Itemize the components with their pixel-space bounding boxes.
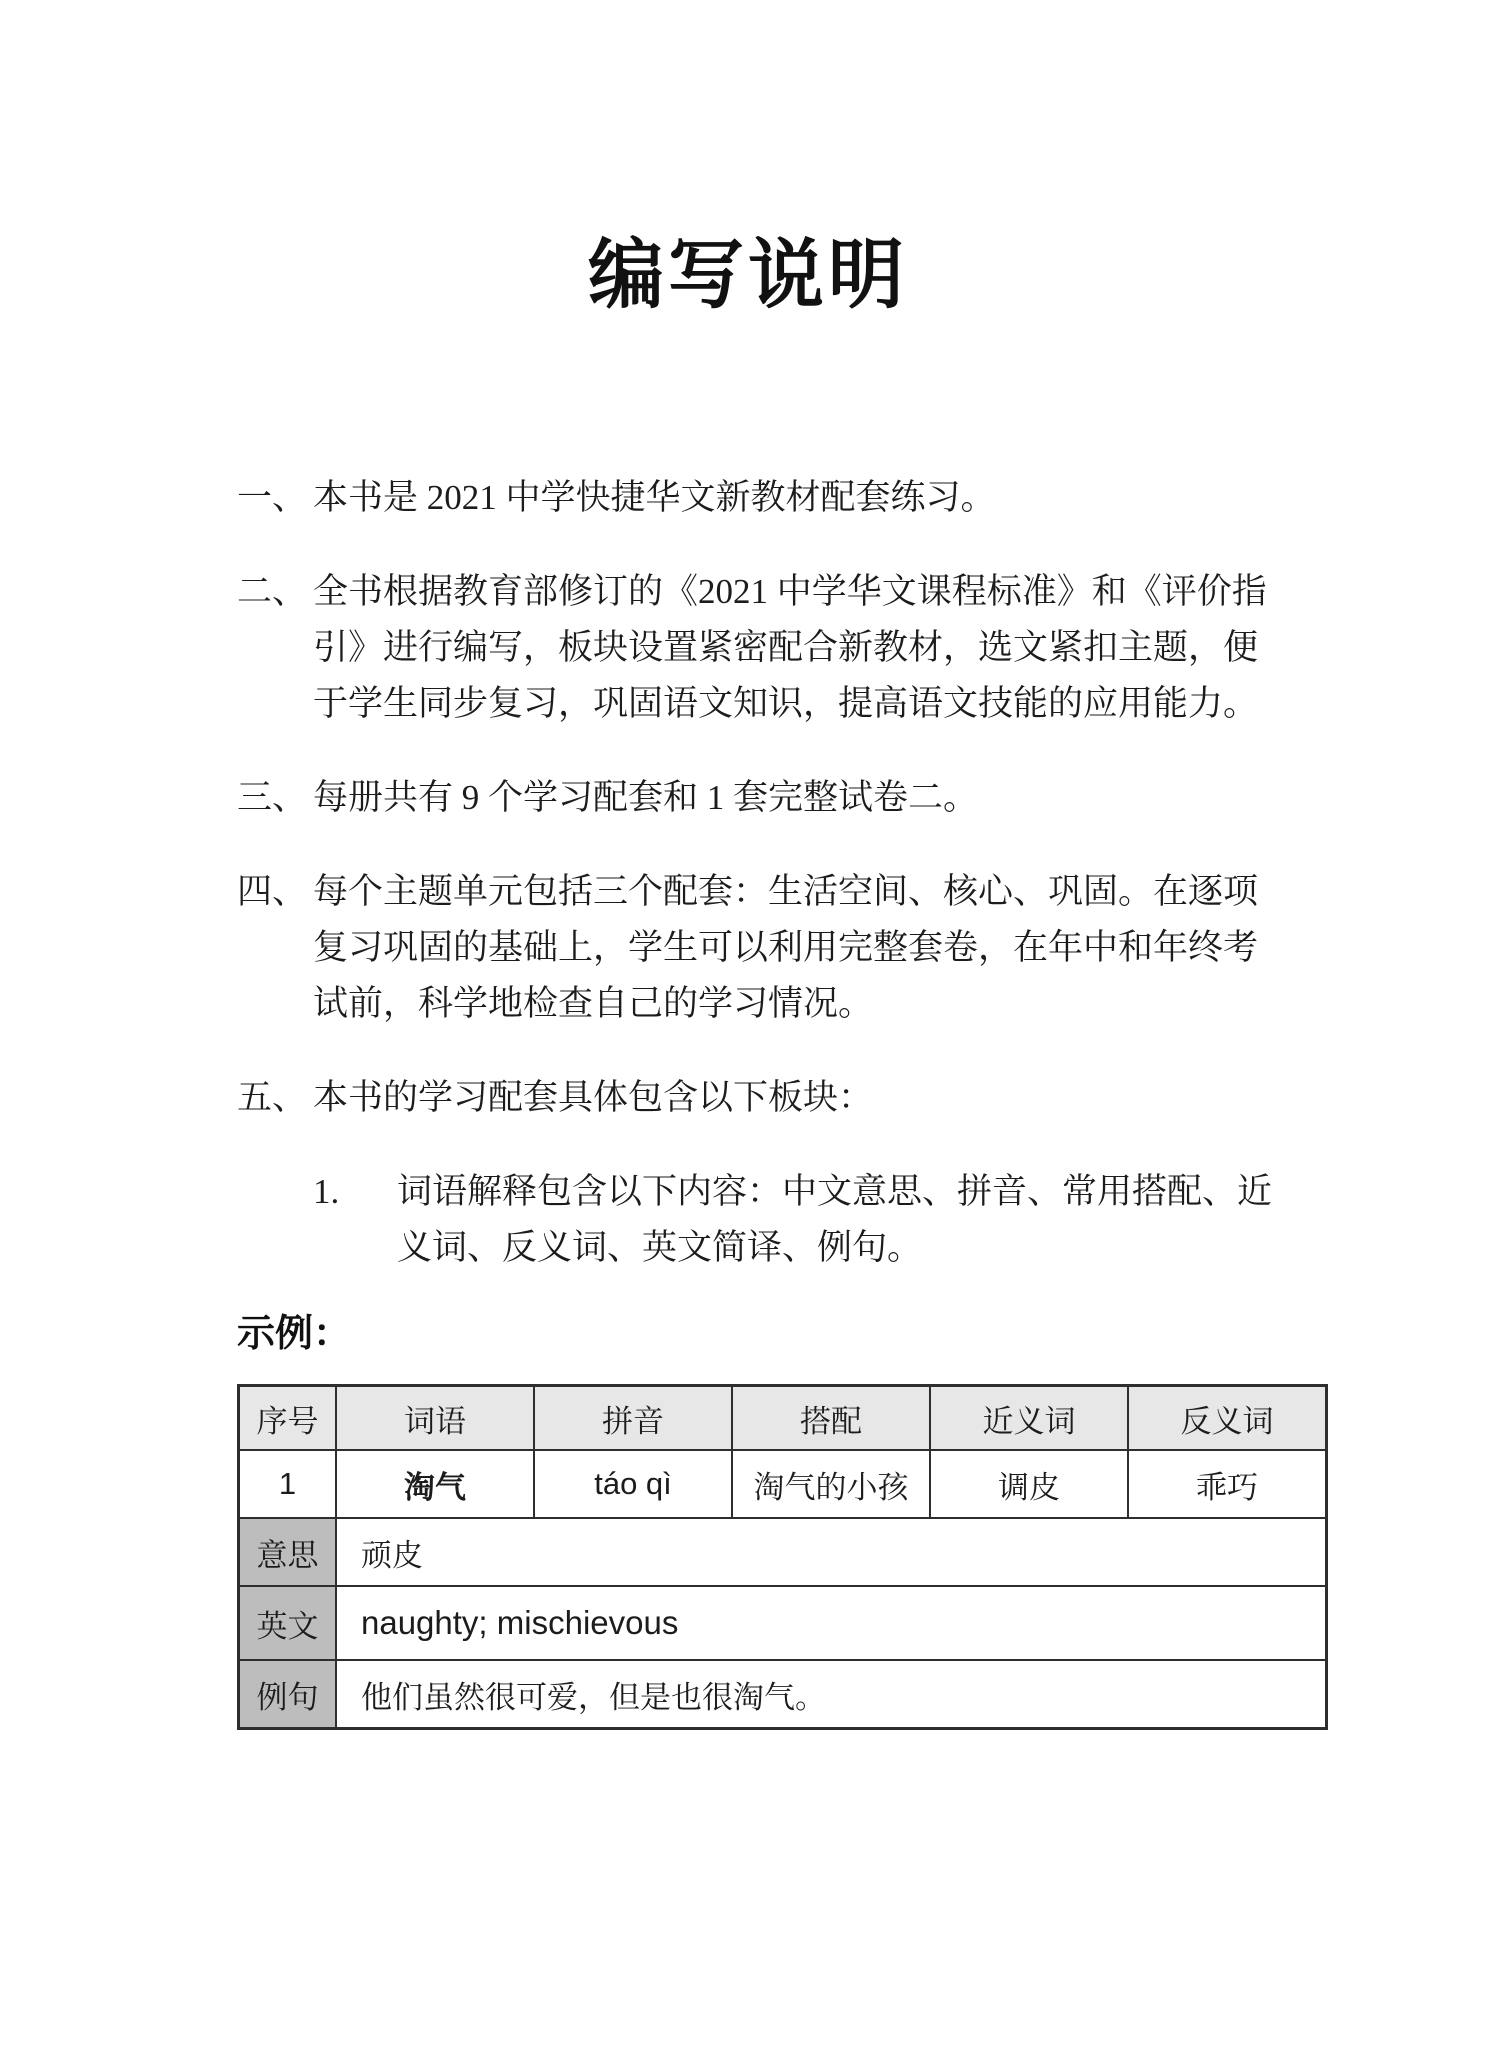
- table-row-english: 英文 naughty; mischievous: [239, 1586, 1327, 1660]
- list-item-text: 每个主题单元包括三个配套：生活空间、核心、巩固。在逐项 复习巩固的基础上，学生可…: [313, 864, 1315, 1032]
- list-item-1: 一、 本书是 2021 中学快捷华文新教材配套练习。: [237, 470, 1315, 526]
- vocabulary-example-table: 序号 词语 拼音 搭配 近义词 反义词 1 淘气 táo qì 淘气的小孩 调皮…: [237, 1384, 1328, 1730]
- table-row-meaning: 意思 顽皮: [239, 1518, 1327, 1586]
- text-line: 词语解释包含以下内容：中文意思、拼音、常用搭配、近: [397, 1164, 1315, 1220]
- entry-cell-seq: 1: [239, 1450, 337, 1518]
- list-item-number: 二、: [237, 564, 313, 732]
- header-cell-word: 词语: [336, 1386, 534, 1451]
- table-header-row: 序号 词语 拼音 搭配 近义词 反义词: [239, 1386, 1327, 1451]
- header-cell-pinyin: 拼音: [534, 1386, 732, 1451]
- list-item-3: 三、 每册共有 9 个学习配套和 1 套完整试卷二。: [237, 770, 1315, 826]
- entry-cell-synonym: 调皮: [930, 1450, 1128, 1518]
- list-item-text: 每册共有 9 个学习配套和 1 套完整试卷二。: [313, 770, 1315, 826]
- text-line: 引》进行编写，板块设置紧密配合新教材，选文紧扣主题，便: [313, 620, 1315, 676]
- row-value-sentence: 他们虽然很可爱，但是也很淘气。: [336, 1660, 1327, 1729]
- list-item-text: 本书是 2021 中学快捷华文新教材配套练习。: [313, 470, 1315, 526]
- text-line: 于学生同步复习，巩固语文知识，提高语文技能的应用能力。: [313, 676, 1315, 732]
- text-line: 本书的学习配套具体包含以下板块：: [313, 1070, 1315, 1126]
- list-item-number: 一、: [237, 470, 313, 526]
- sub-list-item-1: 1. 词语解释包含以下内容：中文意思、拼音、常用搭配、近 义词、反义词、英文简译…: [313, 1164, 1315, 1276]
- body-content: 一、 本书是 2021 中学快捷华文新教材配套练习。 二、 全书根据教育部修订的…: [237, 470, 1315, 1730]
- row-label-english: 英文: [239, 1586, 337, 1660]
- table-row-sentence: 例句 他们虽然很可爱，但是也很淘气。: [239, 1660, 1327, 1729]
- row-value-english: naughty; mischievous: [336, 1586, 1327, 1660]
- text-line: 每个主题单元包括三个配套：生活空间、核心、巩固。在逐项: [313, 864, 1315, 920]
- list-item-number: 三、: [237, 770, 313, 826]
- text-line: 每册共有 9 个学习配套和 1 套完整试卷二。: [313, 770, 1315, 826]
- row-label-meaning: 意思: [239, 1518, 337, 1586]
- list-item-number: 五、: [237, 1070, 313, 1126]
- table-entry-row: 1 淘气 táo qì 淘气的小孩 调皮 乖巧: [239, 1450, 1327, 1518]
- header-cell-synonym: 近义词: [930, 1386, 1128, 1451]
- text-line: 义词、反义词、英文简译、例句。: [397, 1220, 1315, 1276]
- page-title: 编写说明: [0, 214, 1496, 323]
- entry-cell-word: 淘气: [336, 1450, 534, 1518]
- text-line: 全书根据教育部修订的《2021 中学华文课程标准》和《评价指: [313, 564, 1315, 620]
- row-value-meaning: 顽皮: [336, 1518, 1327, 1586]
- example-heading: 示例：: [237, 1310, 1315, 1358]
- header-cell-seq: 序号: [239, 1386, 337, 1451]
- entry-cell-collocation: 淘气的小孩: [732, 1450, 930, 1518]
- list-item-4: 四、 每个主题单元包括三个配套：生活空间、核心、巩固。在逐项 复习巩固的基础上，…: [237, 864, 1315, 1032]
- sub-item-text: 词语解释包含以下内容：中文意思、拼音、常用搭配、近 义词、反义词、英文简译、例句…: [397, 1164, 1315, 1276]
- list-item-text: 本书的学习配套具体包含以下板块：: [313, 1070, 1315, 1126]
- row-label-sentence: 例句: [239, 1660, 337, 1729]
- document-page: 编写说明 一、 本书是 2021 中学快捷华文新教材配套练习。 二、 全书根据教…: [0, 0, 1496, 2048]
- header-cell-collocation: 搭配: [732, 1386, 930, 1451]
- header-cell-antonym: 反义词: [1128, 1386, 1327, 1451]
- list-item-number: 四、: [237, 864, 313, 1032]
- list-item-5: 五、 本书的学习配套具体包含以下板块：: [237, 1070, 1315, 1126]
- list-item-2: 二、 全书根据教育部修订的《2021 中学华文课程标准》和《评价指 引》进行编写…: [237, 564, 1315, 732]
- list-item-text: 全书根据教育部修订的《2021 中学华文课程标准》和《评价指 引》进行编写，板块…: [313, 564, 1315, 732]
- text-line: 复习巩固的基础上，学生可以利用完整套卷，在年中和年终考: [313, 920, 1315, 976]
- entry-cell-antonym: 乖巧: [1128, 1450, 1327, 1518]
- entry-cell-pinyin: táo qì: [534, 1450, 732, 1518]
- text-line: 试前，科学地检查自己的学习情况。: [313, 976, 1315, 1032]
- sub-item-number: 1.: [313, 1164, 397, 1276]
- text-line: 本书是 2021 中学快捷华文新教材配套练习。: [313, 470, 1315, 526]
